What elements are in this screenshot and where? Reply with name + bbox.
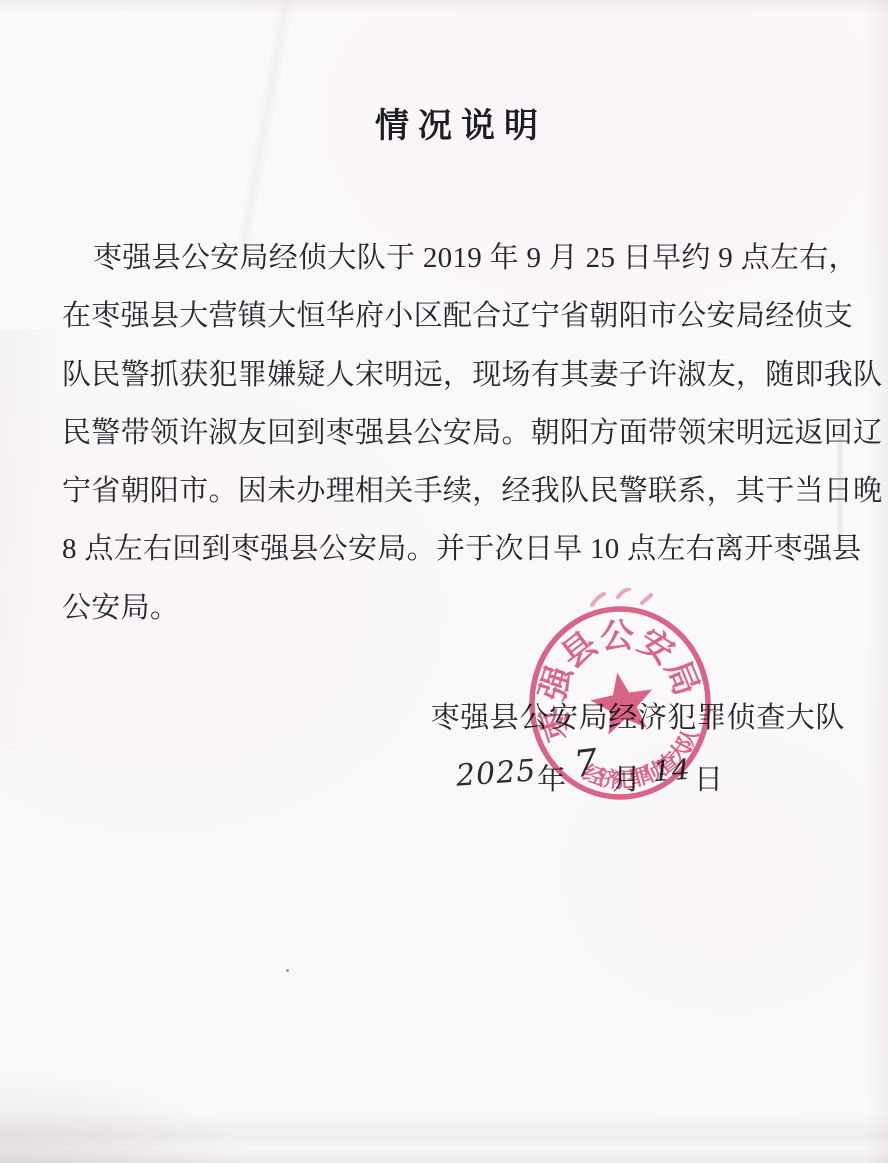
paper-speck <box>286 969 289 972</box>
document-page: 情况说明 枣强县公安局经侦大队于 2019 年 9 月 25 日早约 9 点左右… <box>0 0 888 1163</box>
body-line-5: 宁省朝阳市。因未办理相关手续，经我队民警联系，其于当日晚 <box>62 462 854 520</box>
body-line-6: 8 点左右回到枣强县公安局。并于次日早 10 点左右离开枣强县 <box>62 520 854 578</box>
document-title: 情况说明 <box>34 98 888 147</box>
body-line-2: 在枣强县大营镇大恒华府小区配合辽宁省朝阳市公安局经侦支 <box>62 287 854 345</box>
paper-corner-shade <box>0 1058 270 1163</box>
seal-content: 枣强县公安局经济犯罪侦查大队 <box>532 589 708 797</box>
statement-body: 枣强县公安局经侦大队于 2019 年 9 月 25 日早约 9 点左右， 在枣强… <box>62 229 854 637</box>
paper-crease <box>0 1112 888 1154</box>
paper-edge-shade <box>0 0 888 14</box>
svg-text:公: 公 <box>599 618 635 656</box>
paper-crease <box>0 330 70 750</box>
star-icon <box>586 667 658 737</box>
body-line-7: 公安局。 <box>62 579 854 637</box>
body-line-3: 队民警抓获犯罪嫌疑人宋明远，现场有其妻子许淑友，随即我队 <box>62 346 854 404</box>
stamp-smudge <box>592 589 651 605</box>
body-line-1: 枣强县公安局经侦大队于 2019 年 9 月 25 日早约 9 点左右， <box>62 229 854 287</box>
seal-bottom-text: 经济犯罪侦查大队 <box>580 724 704 792</box>
paper-edge-shade <box>866 0 888 1163</box>
paper-edge-shade <box>0 1147 888 1163</box>
official-seal: 枣强县公安局经济犯罪侦查大队 <box>510 588 730 818</box>
body-line-4: 民警带领许淑友回到枣强县公安局。朝阳方面带领宋明远返回辽 <box>62 404 854 462</box>
